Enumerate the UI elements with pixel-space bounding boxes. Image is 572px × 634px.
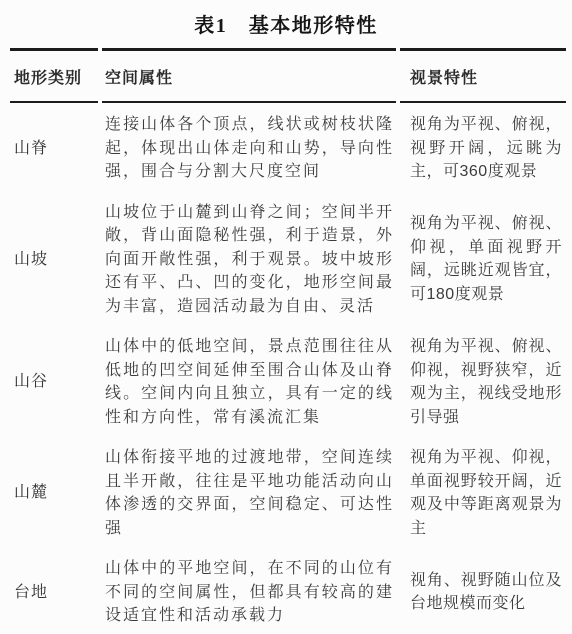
table-row-ridge: 山脊 连接山体各个顶点，线状或树枝状隆起，体现出山体走向和山势，导向性强，围合与… [10,103,566,191]
visual-characteristics-text: 视角、视野随山位及台地规模而变化 [400,547,566,634]
spatial-attributes-text: 山体衔接平地的过渡地带，空间连续且半开敞，往往是平地功能活动向山体渗透的交界面，… [102,436,396,547]
table-row-valley: 山谷 山体中的低地空间，景点范围往往从低地的凹空间延伸至围合山体及山脊线。空间内… [10,325,566,436]
col-header-visual-characteristics: 视景特性 [400,48,566,103]
spatial-attributes-text: 山坡位于山麓到山脊之间；空间半开敞，背山面隐秘性强，利于造景，外向面开敞性强，利… [102,191,396,326]
terrain-category: 台地 [10,547,98,634]
table-row-slope: 山坡 山坡位于山麓到山脊之间；空间半开敞，背山面隐秘性强，利于造景，外向面开敞性… [10,191,566,326]
spatial-attributes-text: 连接山体各个顶点，线状或树枝状隆起，体现出山体走向和山势，导向性强，围合与分割大… [102,103,396,191]
col-header-spatial-attributes: 空间属性 [102,48,396,103]
terrain-category: 山脊 [10,103,98,191]
visual-characteristics-text: 视角为平视、俯视、仰视，视野狭窄，近观为主，视线受地形引导强 [400,325,566,436]
col-header-terrain-category: 地形类别 [10,48,98,103]
spatial-attributes-text: 山体中的低地空间，景点范围往往从低地的凹空间延伸至围合山体及山脊线。空间内向且独… [102,325,396,436]
table-caption: 表1 基本地形特性 [0,0,572,48]
table-row-foothill: 山麓 山体衔接平地的过渡地带，空间连续且半开敞，往往是平地功能活动向山体渗透的交… [10,436,566,547]
terrain-category: 山坡 [10,191,98,326]
terrain-characteristics-table: 地形类别 空间属性 视景特性 山脊 连接山体各个顶点，线状或树枝状隆起，体现出山… [6,48,570,634]
scanned-table-page: 表1 基本地形特性 地形类别 空间属性 视景特性 山脊 连接山体各个顶点，线状或… [0,0,572,634]
visual-characteristics-text: 视角为平视、俯视，视野开阔，远眺为主，可360度观景 [400,103,566,191]
visual-characteristics-text: 视角为平视、仰视，单面视野较开阔，近观及中等距离观景为主 [400,436,566,547]
terrain-category: 山谷 [10,325,98,436]
visual-characteristics-text: 视角为平视、俯视、仰视，单面视野开阔，远眺近观皆宜，可180度观景 [400,191,566,326]
table-row-terrace: 台地 山体中的平地空间，在不同的山位有不同的空间属性，但都具有较高的建设适宜性和… [10,547,566,634]
header-row: 地形类别 空间属性 视景特性 [10,48,566,103]
terrain-category: 山麓 [10,436,98,547]
spatial-attributes-text: 山体中的平地空间，在不同的山位有不同的空间属性，但都具有较高的建设适宜性和活动承… [102,547,396,634]
